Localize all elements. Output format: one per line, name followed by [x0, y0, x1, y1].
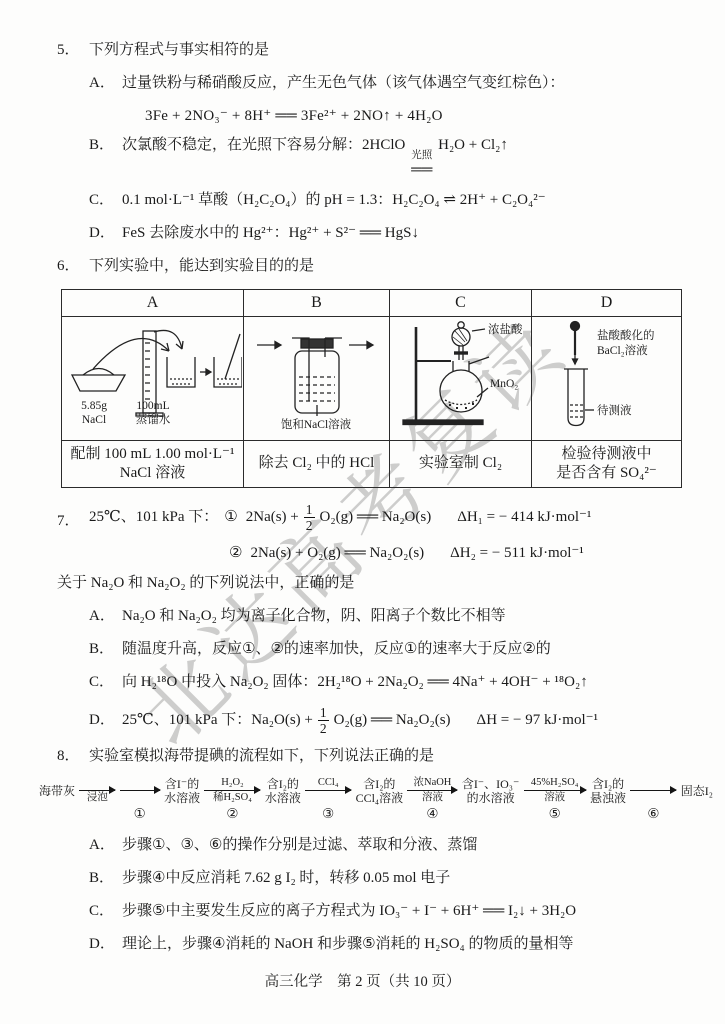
flow-node-iodine-water: 含I₂的 水溶液	[265, 777, 301, 805]
flow-node-kelp-ash: 海带灰	[39, 784, 75, 798]
diagram-cell-b: 饱和NaCl溶液	[244, 316, 390, 440]
q7-thermo-equation-1: 7． 25℃、101 kPa 下： ① 2Na(s) + 1 2 O₂(g) ═…	[57, 502, 701, 534]
flow-node-iodide-iodate: 含I⁻、IO₃⁻ 的水溶液	[462, 777, 520, 805]
q8-option-b-label: B．	[89, 868, 122, 889]
q5-option-c: C． 0.1 mol·L⁻¹ 草酸（H₂C₂O₄）的 pH = 1.3：H₂C₂…	[89, 190, 701, 211]
q7-conditions: 25℃、101 kPa 下：	[89, 507, 218, 528]
q8-option-d-label: D．	[89, 934, 122, 955]
q8-option-a-label: A．	[89, 835, 122, 856]
label-conc-hcl: 浓盐酸	[488, 322, 523, 336]
flow-node-iodine-suspension: 含I₂的 悬浊液	[590, 777, 626, 805]
label-mno2: MnO₂	[490, 378, 518, 390]
q5-option-b-post: H₂O + Cl₂↑	[438, 137, 508, 153]
q5-option-a: A． 过量铁粉与稀硝酸反应，产生无色气体（该气体遇空气变红棕色）：	[89, 73, 701, 94]
q7-eq2-tag: ②	[229, 543, 242, 564]
q8-option-c: C． 步骤⑤中主要发生反应的离子方程式为 IO₃⁻ + I⁻ + 6H⁺ ══ …	[89, 901, 701, 922]
flow-arrow-step-1: ①	[120, 775, 160, 824]
question-8-title: 8． 实验室模拟海带提碘的流程如下，下列说法正确的是	[57, 746, 701, 767]
caption-cell-a: 配制 100 mL 1.00 mol·L⁻¹ NaCl 溶液	[62, 440, 244, 487]
q5-option-d-label: D．	[89, 223, 122, 244]
gas-washing-bottle-diagram: 饱和NaCl溶液	[245, 317, 388, 435]
fraction-one-half: 1 2	[304, 502, 315, 534]
question-6-title: 6． 下列实验中，能达到实验目的的是	[57, 256, 701, 277]
diagram-cell-a: 5.85g NaCl 100mL 蒸馏水	[62, 316, 244, 440]
q7-option-b-label: B．	[89, 639, 122, 660]
caption-cell-c: 实验室制 Cl₂	[390, 440, 532, 487]
q7-eq1-enthalpy: ΔH₁ = − 414 kJ·mol⁻¹	[457, 507, 591, 528]
label-test-liquid: 待测液	[597, 403, 632, 417]
q5-equation-a: 3Fe + 2NO₃⁻ + 8H⁺ ══ 3Fe²⁺ + 2NO↑ + 4H₂O	[145, 106, 701, 127]
flow-arrow-step-5: 45%H₂SO₄ 溶液 ⑤	[524, 775, 586, 824]
flow-arrow-step-3: CCl₄ ③	[305, 775, 351, 824]
chlorine-generator-diagram: 浓盐酸 MnO₂	[391, 317, 530, 435]
page-footer: 高三化学 第 2 页（共 10 页）	[0, 970, 725, 991]
q5-option-c-label: C．	[89, 190, 122, 211]
label-saturated-nacl: 饱和NaCl溶液	[281, 417, 352, 431]
question-5-number: 5．	[57, 40, 89, 61]
sulfate-test-diagram: 盐酸酸化的 BaCl₂溶液 待测液	[533, 317, 680, 435]
q7-eq1-pre: 2Na(s) +	[246, 507, 299, 528]
q8-option-c-label: C．	[89, 901, 122, 922]
q7-option-d: D． 25℃、101 kPa 下：Na₂O(s) + 1 2 O₂(g) ══ …	[89, 705, 701, 737]
caption-cell-d: 检验待测液中 是否含有 SO₄²⁻	[532, 440, 682, 487]
q8-option-a: A． 步骤①、③、⑥的操作分别是过滤、萃取和分液、蒸馏	[89, 835, 701, 856]
q7-thermo-equation-2: ② 2Na(s) + O₂(g) ══ Na₂O₂(s) ΔH₂ = − 511…	[229, 543, 701, 564]
iodine-extraction-flowchart: 海带灰 浸泡 ① 含I⁻的 水溶液 H₂O₂ 稀H₂SO₄ ②	[39, 775, 713, 824]
q7-eq2-body: 2Na(s) + O₂(g) ══ Na₂O₂(s)	[250, 543, 424, 564]
diagram-cell-c: 浓盐酸 MnO₂	[390, 316, 532, 440]
header-cell-c: C	[390, 289, 532, 316]
flow-arrow-step-2: H₂O₂ 稀H₂SO₄ ②	[204, 775, 260, 824]
exam-page: 北达高考复读 5． 下列方程式与事实相符的是 A． 过量铁粉与稀硝酸反应，产生无…	[0, 0, 725, 1024]
diagram-cell-d: 盐酸酸化的 BaCl₂溶液 待测液	[532, 316, 682, 440]
equals-with-light-condition: 光照 ══	[411, 151, 432, 178]
experiment-table-caption-row: 配制 100 mL 1.00 mol·L⁻¹ NaCl 溶液 除去 Cl₂ 中的…	[62, 440, 682, 487]
q8-option-b: B． 步骤④中反应消耗 7.62 g I₂ 时，转移 0.05 mol 电子	[89, 868, 701, 889]
experiment-table-diagram-row: 5.85g NaCl 100mL 蒸馏水	[62, 316, 682, 440]
label-nacl: NaCl	[82, 414, 106, 426]
q5-option-d: D． FeS 去除废水中的 Hg²⁺：Hg²⁺ + S²⁻ ══ HgS↓	[89, 223, 701, 244]
fraction-one-half: 1 2	[318, 705, 329, 737]
page-content: 5． 下列方程式与事实相符的是 A． 过量铁粉与稀硝酸反应，产生无色气体（该气体…	[57, 40, 701, 967]
question-7-number: 7．	[57, 511, 89, 532]
label-nacl-mass: 5.85g	[81, 400, 107, 412]
q7-option-d-pre: 25℃、101 kPa 下：Na₂O(s) +	[122, 710, 313, 731]
q7-option-a-label: A．	[89, 606, 122, 627]
label-bacl2-solution: BaCl₂溶液	[597, 343, 648, 357]
q7-option-c: C． 向 H₂¹⁸O 中投入 Na₂O₂ 固体：2H₂¹⁸O + 2Na₂O₂ …	[89, 672, 701, 693]
header-cell-d: D	[532, 289, 682, 316]
q7-option-d-post: O₂(g) ══ Na₂O₂(s)	[334, 710, 451, 731]
q7-eq1-tag: ①	[224, 507, 237, 528]
flow-node-iodide-solution: 含I⁻的 水溶液	[164, 777, 200, 805]
header-cell-a: A	[62, 289, 244, 316]
q5-option-b-pre: 次氯酸不稳定，在光照下容易分解：2HClO	[122, 137, 405, 153]
q7-option-c-label: C．	[89, 672, 122, 693]
label-water-volume: 100mL	[136, 400, 169, 412]
q7-option-a: A． Na₂O 和 Na₂O₂ 均为离子化合物，阴、阳离子个数比不相等	[89, 606, 701, 627]
label-distilled-water: 蒸馏水	[136, 412, 171, 426]
header-cell-b: B	[244, 289, 390, 316]
q7-lead: 关于 Na₂O 和 Na₂O₂ 的下列说法中，正确的是	[57, 573, 701, 594]
q5-option-a-label: A．	[89, 73, 122, 94]
flow-arrow-soak: 浸泡	[79, 775, 115, 824]
q7-option-d-enthalpy: ΔH = − 97 kJ·mol⁻¹	[477, 710, 598, 731]
solution-preparation-diagram: 5.85g NaCl 100mL 蒸馏水	[63, 317, 242, 435]
question-5-title: 5． 下列方程式与事实相符的是	[57, 40, 701, 61]
flow-arrow-step-4: 浓NaOH 溶液 ④	[407, 775, 457, 824]
experiment-table: A B C D	[61, 289, 682, 488]
flow-node-iodine-ccl4: 含I₂的 CCl₄溶液	[356, 777, 404, 805]
question-8-number: 8．	[57, 746, 89, 767]
q7-eq1-post: O₂(g) ══ Na₂O(s)	[320, 507, 432, 528]
experiment-table-header-row: A B C D	[62, 289, 682, 316]
flow-node-solid-iodine: 固态I₂	[681, 784, 713, 798]
q8-option-d: D． 理论上，步骤④消耗的 NaOH 和步骤⑤消耗的 H₂SO₄ 的物质的量相等	[89, 934, 701, 955]
label-acidified-1: 盐酸酸化的	[597, 328, 655, 342]
question-6-number: 6．	[57, 256, 89, 277]
caption-cell-b: 除去 Cl₂ 中的 HCl	[244, 440, 390, 487]
q7-option-d-label: D．	[89, 710, 122, 731]
q5-option-b-label: B．	[89, 135, 122, 178]
flow-arrow-step-6: ⑥	[630, 775, 676, 824]
q5-option-b: B． 次氯酸不稳定，在光照下容易分解：2HClO 光照 ══ H₂O + Cl₂…	[89, 135, 701, 178]
q7-option-b: B． 随温度升高，反应①、②的速率加快，反应①的速率大于反应②的	[89, 639, 701, 660]
q7-eq2-enthalpy: ΔH₂ = − 511 kJ·mol⁻¹	[450, 543, 584, 564]
